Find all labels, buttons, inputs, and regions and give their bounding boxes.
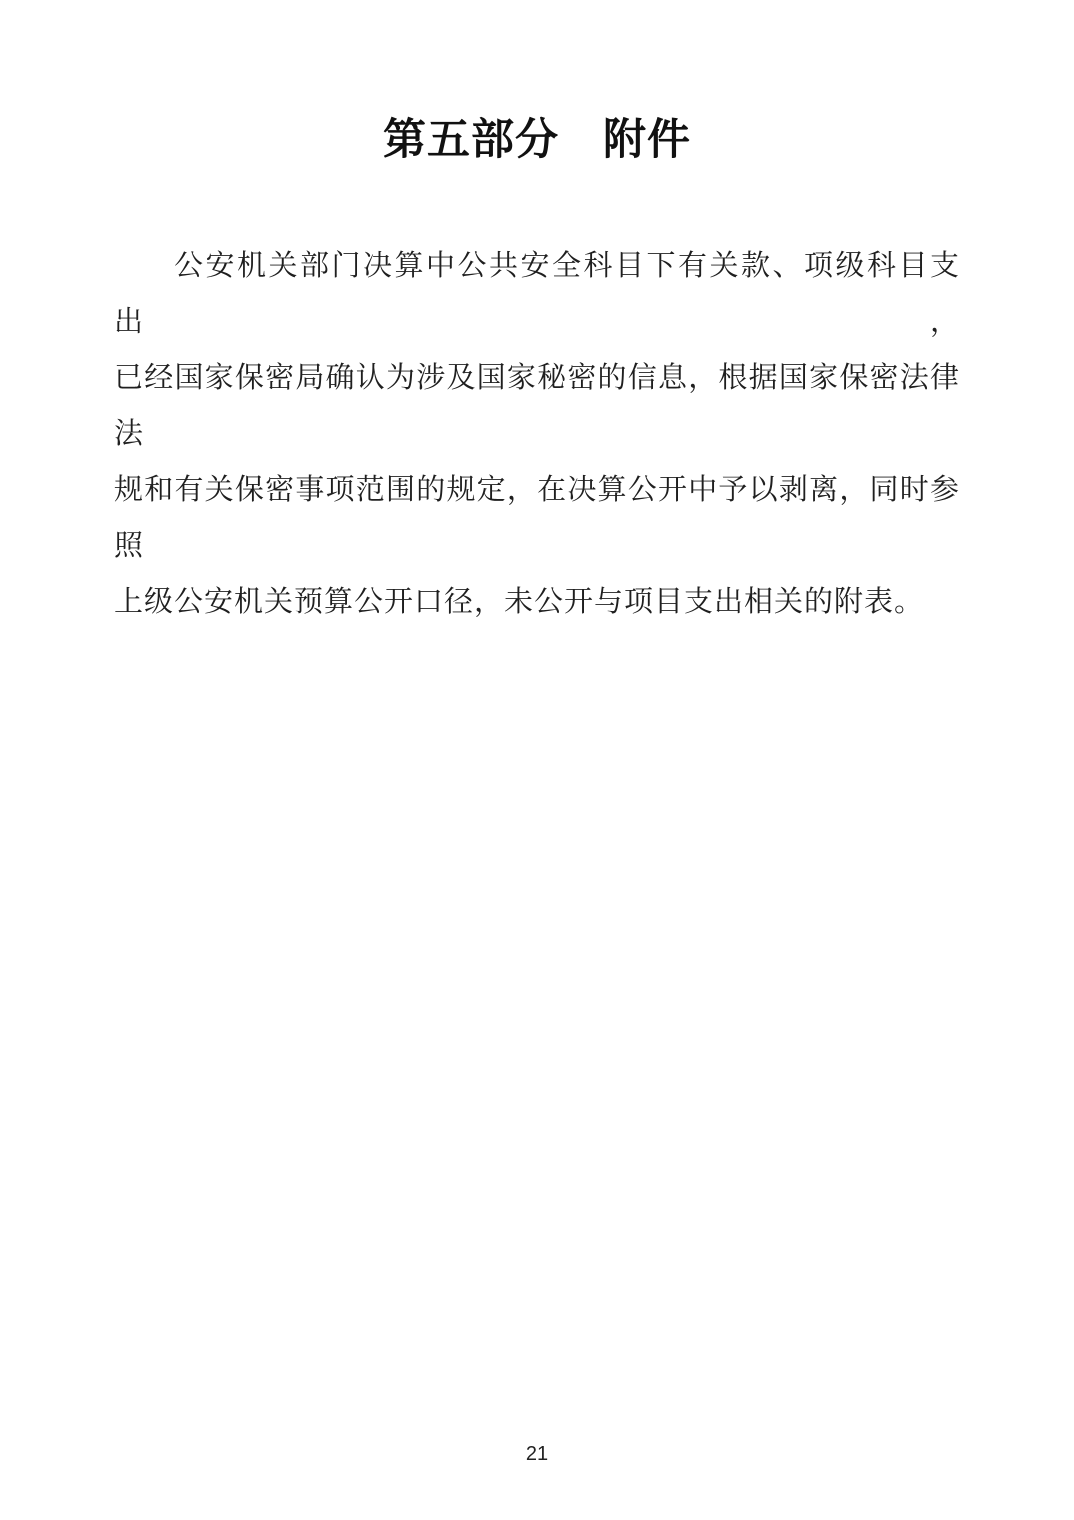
body-paragraph: 公安机关部门决算中公共安全科目下有关款、项级科目支出， 已经国家保密局确认为涉及…	[114, 238, 960, 630]
paragraph-line-1: 公安机关部门决算中公共安全科目下有关款、项级科目支出，	[114, 238, 960, 350]
paragraph-line-2: 已经国家保密局确认为涉及国家秘密的信息，根据国家保密法律法	[114, 350, 960, 462]
paragraph-line-3: 规和有关保密事项范围的规定，在决算公开中予以剥离，同时参照	[114, 462, 960, 574]
document-page: 第五部分 附件 公安机关部门决算中公共安全科目下有关款、项级科目支出， 已经国家…	[0, 0, 1074, 1520]
paragraph-line-4: 上级公安机关预算公开口径，未公开与项目支出相关的附表。	[114, 574, 960, 630]
page-title: 第五部分 附件	[0, 0, 1074, 166]
page-number: 21	[0, 1443, 1074, 1466]
